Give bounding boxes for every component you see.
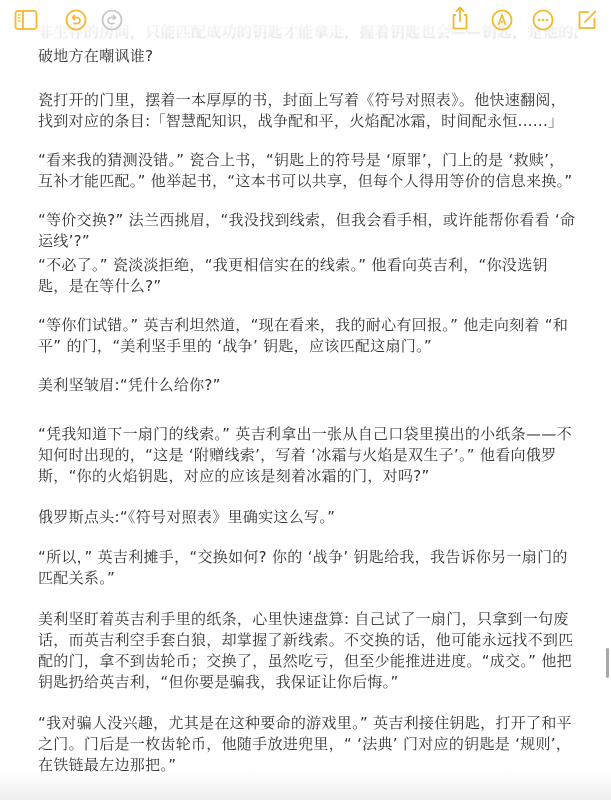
- note-paragraph: 瓷打开的门里，摆着一本厚厚的书，封面上写着《符号对照表》。他快速翻阅，找到对应的…: [38, 90, 578, 132]
- note-paragraph: “所以，” 英吉利摊手，“交换如何? 你的 ‘战争’ 钥匙给我，我告诉你另一扇门…: [38, 547, 578, 589]
- undo-icon: [65, 9, 87, 31]
- note-body[interactable]: 非生存的房间，只能匹配成功的钥匙才能拿走，握着钥匙也会——钥匙，是他的游戏，这 …: [0, 0, 611, 800]
- markup-icon: [491, 9, 513, 31]
- note-paragraph: “等价交换?” 法兰西挑眉，“我没找到线索，但我会看手相，或许能帮你看看 ‘命运…: [38, 210, 578, 252]
- note-toolbar: [0, 0, 611, 40]
- note-paragraph: 美利坚盯着英吉利手里的纸条，心里快速盘算: 自己试了一扇门，只拿到一句废话，而英…: [38, 609, 578, 693]
- note-paragraph: 美利坚皱眉:“凭什么给你?”: [38, 375, 578, 396]
- redo-icon: [101, 9, 123, 31]
- undo-button[interactable]: [64, 8, 88, 32]
- compose-icon: [576, 9, 598, 31]
- note-paragraph: “我对骗人没兴趣，尤其是在这种要命的游戏里。” 英吉利接住钥匙，打开了和平之门。…: [38, 713, 578, 776]
- note-paragraph: “看来我的猜测没错。” 瓷合上书，“钥匙上的符号是 ‘原罪’，门上的是 ‘救赎’…: [38, 150, 578, 192]
- share-button[interactable]: [448, 6, 472, 30]
- note-paragraph: “等你们试错。” 英吉利坦然道，“现在看来，我的耐心有回报。” 他走向刻着 “和…: [38, 315, 578, 357]
- note-paragraph: 俄罗斯点头:“《符号对照表》里确实这么写。”: [38, 507, 578, 528]
- sidebar-toggle-button[interactable]: [14, 8, 38, 32]
- more-icon: [532, 9, 554, 31]
- compose-button[interactable]: [575, 8, 599, 32]
- sidebar-icon: [14, 9, 38, 31]
- vertical-scrollbar[interactable]: [606, 648, 609, 678]
- more-button[interactable]: [531, 8, 555, 32]
- redo-button[interactable]: [100, 8, 124, 32]
- markup-button[interactable]: [490, 8, 514, 32]
- share-icon: [450, 5, 470, 31]
- note-paragraph: “凭我知道下一扇门的线索。” 英吉利拿出一张从自己口袋里摸出的小纸条——不知何时…: [38, 424, 578, 487]
- note-paragraph: “不必了。” 瓷淡淡拒绝，“我更相信实在的线索。” 他看向英吉利，“你没选钥匙，…: [38, 255, 578, 297]
- note-paragraph: 破地方在嘲讽谁?: [38, 46, 578, 67]
